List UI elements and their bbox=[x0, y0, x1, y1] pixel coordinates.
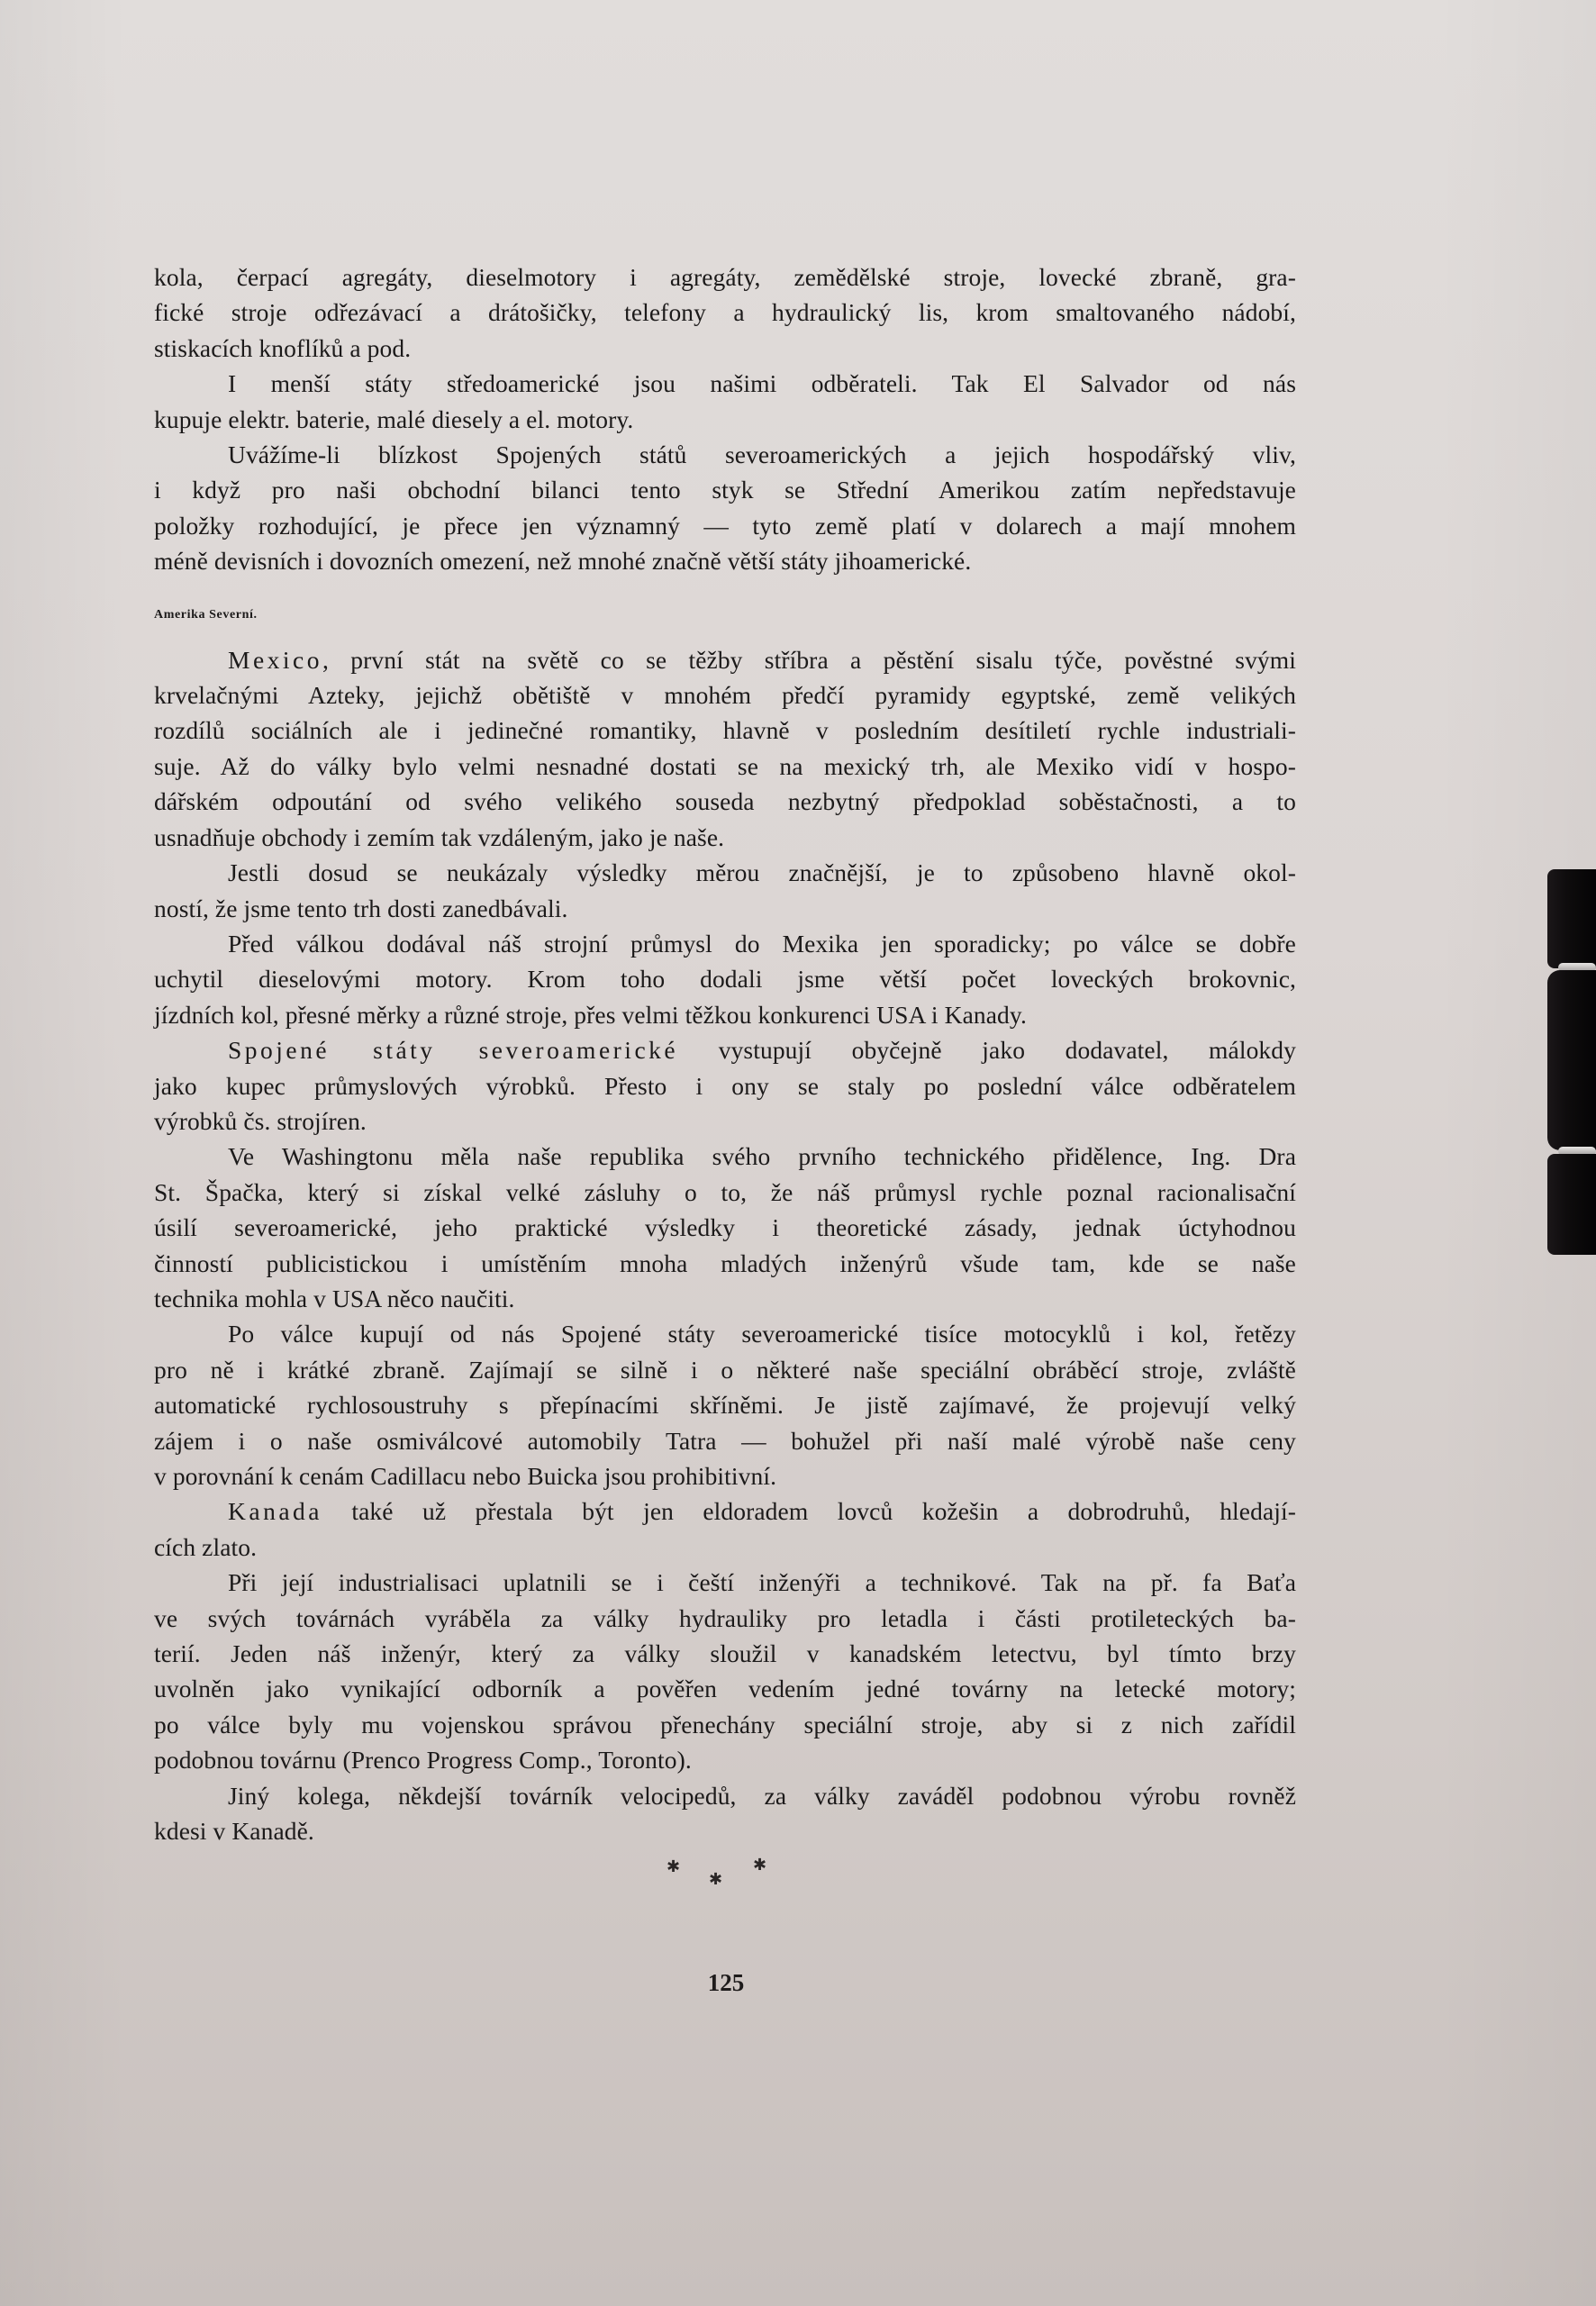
emphasized-name: Mexico bbox=[228, 646, 322, 674]
text-line: pro ně i krátké zbraně. Zajímají se siln… bbox=[154, 1352, 1296, 1387]
paragraph-text: Uvážíme-li blízkost Spojených států seve… bbox=[228, 440, 1296, 468]
paragraph-continuation: kola, čerpací agregáty, dieselmotory i a… bbox=[154, 259, 1296, 366]
clip-segment bbox=[1547, 1154, 1596, 1255]
text-line: uchytil dieselovými motory. Krom toho do… bbox=[154, 961, 1296, 996]
binding-clip bbox=[1547, 869, 1596, 1255]
clip-segment bbox=[1547, 869, 1596, 968]
text-line: činností publicistickou i umístěním mnoh… bbox=[154, 1246, 1296, 1281]
text-line: Spojené státy severoamerické vystupují o… bbox=[154, 1032, 1296, 1067]
star-icon: ✱ bbox=[709, 1871, 722, 1887]
paragraph-text: Po válce kupují od nás Spojené státy sev… bbox=[228, 1320, 1296, 1348]
text-line: méně devisních i dovozních omezení, než … bbox=[154, 543, 1296, 578]
text-line: kupuje elektr. baterie, malé diesely a e… bbox=[154, 402, 1296, 437]
text-line: technika mohla v USA něco naučiti. bbox=[154, 1281, 1296, 1316]
text-line: kdesi v Kanadě. bbox=[154, 1813, 1296, 1848]
paragraph-text: Ve Washingtonu měla naše republika svého… bbox=[228, 1142, 1296, 1170]
paragraph-washington: Ve Washingtonu měla naše republika svého… bbox=[154, 1139, 1296, 1316]
text-line: jako kupec průmyslových výrobků. Přesto … bbox=[154, 1068, 1296, 1103]
text-line: i když pro naši obchodní bilanci tento s… bbox=[154, 472, 1296, 507]
paragraph-central-america: I menší státy středoamerické jsou našimi… bbox=[154, 366, 1296, 437]
text-line: podobnou továrnu (Prenco Progress Comp.,… bbox=[154, 1742, 1296, 1777]
text-line: fické stroje odřezávací a drátošičky, te… bbox=[154, 295, 1296, 330]
star-icon: ✱ bbox=[667, 1858, 680, 1875]
paragraph-text: Před válkou dodával náš strojní průmysl … bbox=[228, 930, 1296, 958]
text-line: terií. Jeden náš inženýr, který za války… bbox=[154, 1636, 1296, 1671]
text-line: dářském odpoutání od svého velikého sous… bbox=[154, 784, 1296, 819]
paragraph-text: vystupují obyčejně jako dodavatel, málok… bbox=[678, 1036, 1296, 1064]
paragraph-mexico: Mexico, první stát na světě co se těžby … bbox=[154, 642, 1296, 855]
paragraph-canada: Kanada také už přestala být jen eldorade… bbox=[154, 1493, 1296, 1565]
text-line: v porovnání k cenám Cadillacu nebo Buick… bbox=[154, 1458, 1296, 1493]
text-line: kola, čerpací agregáty, dieselmotory i a… bbox=[154, 259, 1296, 295]
text-line: krvelačnými Azteky, jejichž obětiště v m… bbox=[154, 677, 1296, 713]
text-line: automatické rychlosoustruhy s přepínacím… bbox=[154, 1387, 1296, 1422]
paragraph-usa: Spojené státy severoamerické vystupují o… bbox=[154, 1032, 1296, 1139]
text-line: cích zlato. bbox=[154, 1530, 1296, 1565]
text-line: po válce byly mu vojenskou správou přene… bbox=[154, 1707, 1296, 1742]
text-line: ve svých továrnách vyráběla za války hyd… bbox=[154, 1601, 1296, 1636]
paragraph-text: Jiný kolega, někdejší továrník velociped… bbox=[228, 1782, 1296, 1810]
text-line: Při její industrialisaci uplatnili se i … bbox=[154, 1565, 1296, 1600]
text-line: položky rozhodující, je přece jen význam… bbox=[154, 508, 1296, 543]
text-line: Před válkou dodával náš strojní průmysl … bbox=[154, 926, 1296, 961]
text-column: kola, čerpací agregáty, dieselmotory i a… bbox=[154, 259, 1296, 1848]
paragraph-text: Při její industrialisaci uplatnili se i … bbox=[228, 1568, 1296, 1596]
emphasized-name: Spojené státy severoamerické bbox=[228, 1036, 678, 1064]
text-line: Ve Washingtonu měla naše republika svého… bbox=[154, 1139, 1296, 1174]
emphasized-name: Kanada bbox=[228, 1497, 322, 1525]
text-line: St. Špačka, který si získal velké zásluh… bbox=[154, 1175, 1296, 1210]
text-line: jízdních kol, přesné měrky a různé stroj… bbox=[154, 997, 1296, 1032]
paragraph-text: Jestli dosud se neukázaly výsledky měrou… bbox=[228, 858, 1296, 886]
text-line: I menší státy středoamerické jsou našimi… bbox=[154, 366, 1296, 401]
section-separator: ✱ ✱ ✱ bbox=[667, 1858, 775, 1894]
text-line: zájem i o naše osmiválcové automobily Ta… bbox=[154, 1423, 1296, 1458]
text-line: suje. Až do války bylo velmi nesnadné do… bbox=[154, 749, 1296, 784]
paragraph-canada-industrialisation: Při její industrialisaci uplatnili se i … bbox=[154, 1565, 1296, 1777]
text-line: Uvážíme-li blízkost Spojených států seve… bbox=[154, 437, 1296, 472]
text-line: ností, že jsme tento trh dosti zanedbáva… bbox=[154, 891, 1296, 926]
paragraph-neglected-market: Jestli dosud se neukázaly výsledky měrou… bbox=[154, 855, 1296, 926]
page-number: 125 bbox=[0, 1969, 1452, 1997]
paragraph-colleague: Jiný kolega, někdejší továrník velociped… bbox=[154, 1778, 1296, 1849]
text-line: Po válce kupují od nás Spojené státy sev… bbox=[154, 1316, 1296, 1351]
text-line: Mexico, první stát na světě co se těžby … bbox=[154, 642, 1296, 677]
paragraph-postwar-usa: Po válce kupují od nás Spojené státy sev… bbox=[154, 1316, 1296, 1493]
star-icon: ✱ bbox=[753, 1857, 766, 1873]
text-line: Kanada také už přestala být jen eldorade… bbox=[154, 1493, 1296, 1529]
paragraph-text: také už přestala být jen eldoradem lovců… bbox=[322, 1497, 1296, 1525]
text-line: výrobků čs. strojíren. bbox=[154, 1103, 1296, 1139]
text-line: Jiný kolega, někdejší továrník velociped… bbox=[154, 1778, 1296, 1813]
paragraph-us-influence: Uvážíme-li blízkost Spojených států seve… bbox=[154, 437, 1296, 579]
paragraph-text: I menší státy středoamerické jsou našimi… bbox=[228, 369, 1296, 397]
text-line: úsilí severoamerické, jeho praktické výs… bbox=[154, 1210, 1296, 1245]
text-line: stiskacích knoflíků a pod. bbox=[154, 331, 1296, 366]
text-line: rozdílů sociálních ale i jedinečné roman… bbox=[154, 713, 1296, 748]
text-line: usnadňuje obchody i zemím tak vzdáleným,… bbox=[154, 820, 1296, 855]
text-line: Jestli dosud se neukázaly výsledky měrou… bbox=[154, 855, 1296, 890]
paragraph-prewar-exports: Před válkou dodával náš strojní průmysl … bbox=[154, 926, 1296, 1032]
section-heading: Amerika Severní. bbox=[154, 607, 1296, 623]
paragraph-text: , první stát na světě co se těžby stříbr… bbox=[322, 646, 1296, 674]
clip-segment bbox=[1547, 970, 1596, 1150]
text-line: uvolněn jako vynikající odborník a pověř… bbox=[154, 1671, 1296, 1706]
